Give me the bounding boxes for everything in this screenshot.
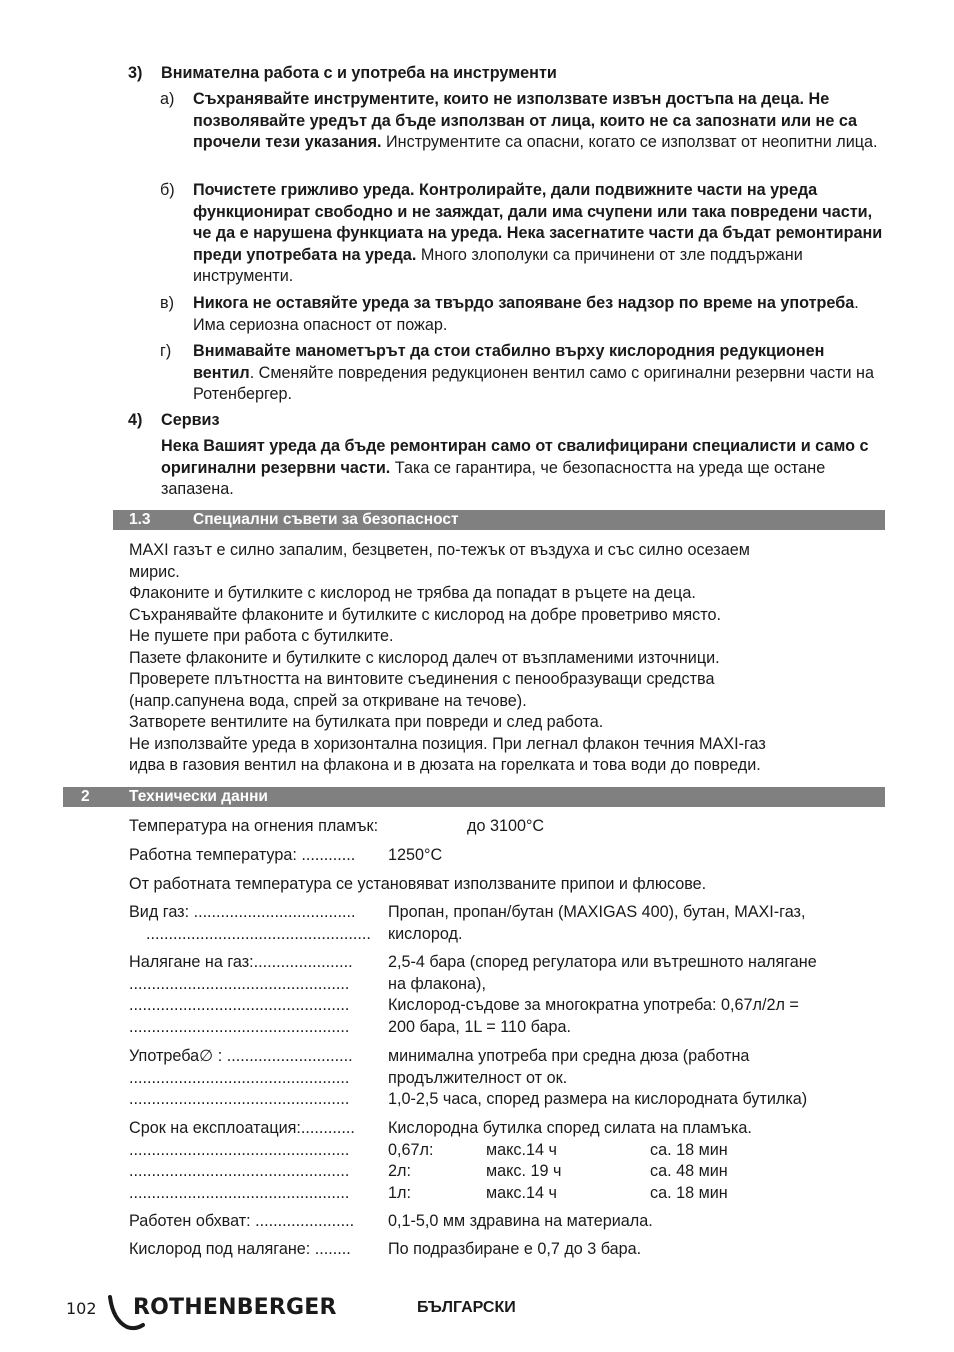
spec-label: Работна температура: ............ bbox=[129, 845, 355, 867]
spec-value: минимална употреба при средна дюза (рабо… bbox=[388, 1046, 749, 1068]
spec-value: Кислород-съдове за многократна употреба:… bbox=[388, 995, 799, 1017]
spec-value: 2,5-4 бара (според регулатора или вътреш… bbox=[388, 952, 817, 974]
section-2-header: 2 Технически данни bbox=[63, 787, 885, 807]
safety-line: (напр.сапунена вода, спрей за откриване … bbox=[129, 691, 889, 713]
list-item: в) Никога не оставяйте уреда за твърдо з… bbox=[160, 293, 890, 336]
item-letter: б) bbox=[160, 180, 190, 202]
bottle-size: 1л: bbox=[388, 1183, 411, 1205]
spec-note-text: От работната температура се установяват … bbox=[129, 874, 706, 896]
section-4-number: 4) bbox=[128, 410, 161, 432]
spec-label: Работен обхват: ...................... bbox=[129, 1211, 354, 1233]
spec-value: 1,0-2,5 часа, според размера на кислород… bbox=[388, 1089, 807, 1111]
item-text: . Сменяйте повредения редукционен вентил… bbox=[193, 364, 874, 404]
spec-gas-pressure: Налягане на газ:...................... 2… bbox=[129, 952, 889, 1038]
leader-dots: ........................................… bbox=[129, 995, 349, 1017]
safety-tips: MAXI газът е силно запалим, безцветен, п… bbox=[129, 540, 889, 777]
spec-gas-type: Вид газ: ...............................… bbox=[129, 902, 889, 945]
section-4-title: Сервиз bbox=[161, 411, 220, 429]
list-item: б) Почистете грижливо уреда. Контролирай… bbox=[160, 180, 890, 288]
section-title: Технически данни bbox=[129, 787, 268, 807]
section-1-3-header: 1.3 Специални съвети за безопасност bbox=[113, 510, 885, 530]
spec-value: Пропан, пропан/бутан (MAXIGAS 400), бута… bbox=[388, 902, 805, 924]
spec-value: 200 бара, 1L = 110 бара. bbox=[388, 1017, 571, 1039]
safety-line: Затворете вентилите на бутилката при пов… bbox=[129, 712, 889, 734]
spec-value: 0,1-5,0 мм здравина на материала. bbox=[388, 1211, 653, 1233]
item-letter: г) bbox=[160, 341, 190, 363]
spec-value: на флакона), bbox=[388, 974, 486, 996]
spec-label: Вид газ: ...............................… bbox=[129, 902, 355, 924]
item-letter: а) bbox=[160, 89, 190, 111]
safety-line: Не използвайте уреда в хоризонтална пози… bbox=[129, 734, 889, 756]
spec-label: Налягане на газ:...................... bbox=[129, 952, 353, 974]
section-number: 1.3 bbox=[129, 510, 151, 530]
approx-duration: ca. 18 мин bbox=[650, 1140, 728, 1162]
section-number: 2 bbox=[81, 787, 90, 807]
leader-dots: ........................................… bbox=[129, 1161, 349, 1183]
spec-value: 1250°C bbox=[388, 845, 442, 867]
spec-value: до 3100°C bbox=[467, 816, 544, 838]
lifetime-row: ........................................… bbox=[129, 1161, 889, 1183]
approx-duration: ca. 18 мин bbox=[650, 1183, 728, 1205]
spec-label: Употреба∅ : ............................ bbox=[129, 1046, 353, 1068]
spec-value: Кислородна бутилка според силата на плам… bbox=[388, 1118, 752, 1140]
item-letter: в) bbox=[160, 293, 190, 315]
safety-line: Проверете плътността на винтовите съедин… bbox=[129, 669, 889, 691]
list-item: г) Внимавайте манометърът да стои стабил… bbox=[160, 341, 890, 406]
section-3-number: 3) bbox=[128, 63, 161, 85]
document-page: 3)Внимателна работа с и употреба на инст… bbox=[0, 0, 954, 1352]
leader-dots: ........................................… bbox=[129, 1017, 349, 1039]
approx-duration: ca. 48 мин bbox=[650, 1161, 728, 1183]
safety-line: Съхранявайте флаконите и бутилките с кис… bbox=[129, 605, 889, 627]
item-bold-text: Никога не оставяйте уреда за твърдо запо… bbox=[193, 294, 854, 312]
section-3-heading: 3)Внимателна работа с и употреба на инст… bbox=[128, 63, 557, 85]
spec-label: Срок на експлоатация:............ bbox=[129, 1118, 355, 1140]
list-item: а) Съхранявайте инструментите, които не … bbox=[160, 89, 890, 154]
section-4-text: Нека Вашият уреда да бъде ремонтиран сам… bbox=[161, 436, 881, 501]
spec-lifetime: Срок на експлоатация:............ Кислор… bbox=[129, 1118, 889, 1204]
section-4-heading: 4)Сервиз bbox=[128, 410, 220, 432]
spec-value: продължителност от ок. bbox=[388, 1068, 567, 1090]
spec-flame-temp: Температура на огнения пламък: до 3100°C bbox=[129, 816, 889, 838]
max-duration: макс.14 ч bbox=[486, 1183, 557, 1205]
section-title: Специални съвети за безопасност bbox=[193, 510, 459, 530]
section-3-title: Внимателна работа с и употреба на инстру… bbox=[161, 64, 557, 82]
leader-dots: ........................................… bbox=[146, 924, 371, 946]
safety-line: мирис. bbox=[129, 562, 889, 584]
safety-line: Не пушете при работа с бутилките. bbox=[129, 626, 889, 648]
max-duration: макс.14 ч bbox=[486, 1140, 557, 1162]
safety-line: MAXI газът е силно запалим, безцветен, п… bbox=[129, 540, 889, 562]
safety-line: Пазете флаконите и бутилките с кислород … bbox=[129, 648, 889, 670]
rothenberger-logo: ROTHENBERGER bbox=[107, 1294, 347, 1332]
language-label: БЪЛГАРСКИ bbox=[417, 1299, 516, 1317]
safety-line: Флаконите и бутилките с кислород не тряб… bbox=[129, 583, 889, 605]
brand-name: ROTHENBERGER bbox=[133, 1295, 337, 1320]
spec-label: Кислород под налягане: ........ bbox=[129, 1239, 351, 1261]
leader-dots: ........................................… bbox=[129, 1140, 349, 1162]
lifetime-row: ........................................… bbox=[129, 1140, 889, 1162]
spec-work-temp: Работна температура: ............ 1250°C bbox=[129, 845, 889, 867]
leader-dots: ........................................… bbox=[129, 1068, 349, 1090]
spec-note: От работната температура се установяват … bbox=[129, 874, 889, 896]
page-number: 102 bbox=[66, 1299, 97, 1318]
bottle-size: 2л: bbox=[388, 1161, 411, 1183]
max-duration: макс. 19 ч bbox=[486, 1161, 561, 1183]
leader-dots: ........................................… bbox=[129, 974, 349, 996]
spec-value: По подразбиране е 0,7 до 3 бара. bbox=[388, 1239, 641, 1261]
bottle-size: 0,67л: bbox=[388, 1140, 433, 1162]
safety-line: идва в газовия вентил на флакона и в дюз… bbox=[129, 755, 889, 777]
item-text: Инструментите са опасни, когато се изпол… bbox=[382, 133, 878, 151]
spec-consumption: Употреба∅ : ............................… bbox=[129, 1046, 889, 1111]
leader-dots: ........................................… bbox=[129, 1183, 349, 1205]
spec-label: Температура на огнения пламък: bbox=[129, 816, 378, 838]
leader-dots: ........................................… bbox=[129, 1089, 349, 1111]
spec-value: кислород. bbox=[388, 924, 462, 946]
spec-work-range: Работен обхват: ...................... 0… bbox=[129, 1211, 889, 1233]
lifetime-row: ........................................… bbox=[129, 1183, 889, 1205]
spec-oxygen-pressure: Кислород под налягане: ........ По подра… bbox=[129, 1239, 889, 1261]
